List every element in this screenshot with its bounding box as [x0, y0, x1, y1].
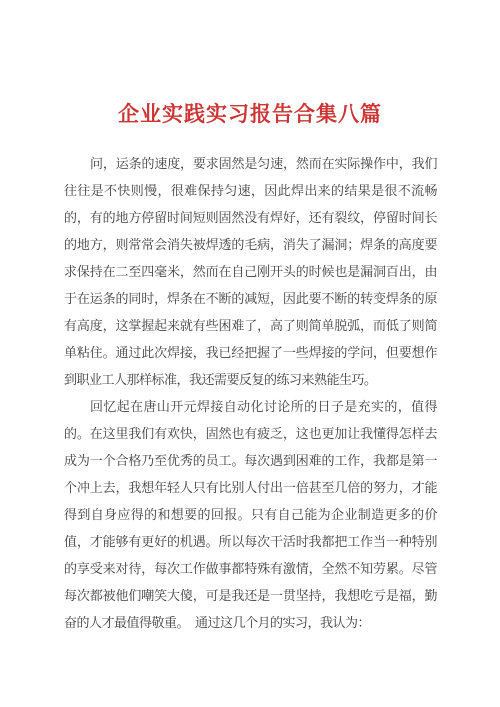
- document-body: 问，运条的速度，要求固然是匀速，然而在实际操作中，我们往往是不快则慢，很难保持匀…: [64, 150, 437, 636]
- document-page: 企业实践实习报告合集八篇 问，运条的速度，要求固然是匀速，然而在实际操作中，我们…: [0, 0, 500, 707]
- paragraph-welding-practice: 问，运条的速度，要求固然是匀速，然而在实际操作中，我们往往是不快则慢，很难保持匀…: [64, 150, 437, 393]
- document-title: 企业实践实习报告合集八篇: [0, 0, 500, 128]
- paragraph-internship-reflection: 回忆起在唐山开元焊接自动化讨论所的日子是充实的，值得的。在这里我们有欢快，固然也…: [64, 393, 437, 636]
